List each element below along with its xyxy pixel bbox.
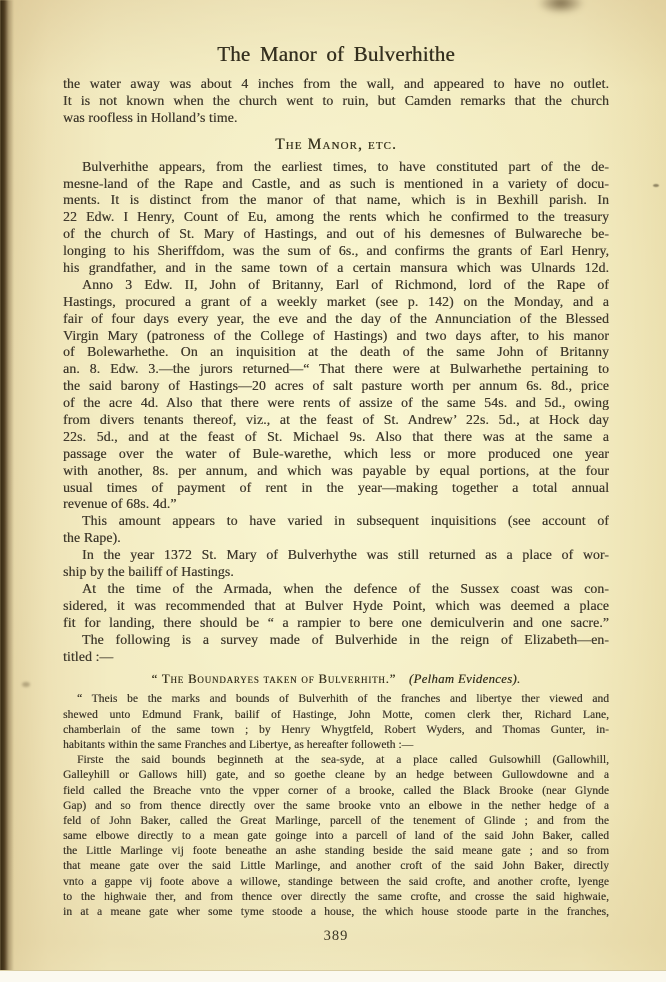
text-line: 22s. 5d., and at the feast of St. Michae…	[63, 429, 609, 446]
text-line: It is not known when the church went to …	[63, 93, 609, 110]
text-line: habitants within the same Franches and L…	[63, 738, 609, 753]
paragraph-intro: the water away was about 4 inches from t…	[63, 76, 609, 127]
text-line: with another, 8s. per annum, and which w…	[63, 463, 609, 480]
text-line: “ Theis be the marks and bounds of Bulve…	[63, 692, 609, 707]
boundary-heading-source: (Pelham Evidences).	[409, 672, 521, 686]
page-title: The Manor of Bulverhithe	[63, 41, 609, 67]
text-line: Gap) and so from thence directly over th…	[63, 799, 609, 814]
scan-edge-strip	[0, 970, 666, 982]
scanned-book-page: The Manor of Bulverhithe the water away …	[0, 0, 666, 982]
text-line: field called the Breache vnto the vpper …	[63, 784, 609, 799]
text-line: the Little Marlinge vij foote beneathe a…	[63, 844, 609, 859]
text-line: was roofless in Holland’s time.	[63, 110, 609, 127]
scan-mark-left	[22, 682, 30, 687]
text-line: Anno 3 Edw. II, John of Britanny, Earl o…	[63, 277, 609, 294]
text-line: ship by the bailiff of Hastings.	[63, 564, 609, 581]
boundary-heading-quote: “ The Boundaryes taken of Bulverhith.”	[152, 672, 397, 686]
text-line: shewed unto Edmund Frank, bailif of Hast…	[63, 708, 609, 723]
paragraph-1372: In the year 1372 St. Mary of Bulverhythe…	[63, 547, 609, 581]
page-number: 389	[63, 927, 609, 945]
text-line: vnto a gappe vij foote above a willowe, …	[63, 875, 609, 890]
text-line: the said barony of Hastings—20 acres of …	[63, 378, 609, 395]
text-line: of the church of St. Mary of Hastings, a…	[63, 226, 609, 243]
scan-smudge-top-right	[537, 0, 585, 14]
text-line: The following is a survey made of Bulver…	[63, 632, 609, 649]
text-line: of the acre 4d. Also that there were ren…	[63, 395, 609, 412]
text-line: In the year 1372 St. Mary of Bulverhythe…	[63, 547, 609, 564]
text-line: that meane gate over the said Little Mar…	[63, 859, 609, 874]
paragraph-boundary-description: Firste the said bounds beginneth at the …	[63, 753, 609, 920]
text-line: Virgin Mary (patroness of the College of…	[63, 328, 609, 345]
scan-mark-right	[653, 184, 659, 187]
text-line: same elbowe directly to a mean gate goin…	[63, 829, 609, 844]
text-line: passage over the water of Bule-warethe, …	[63, 446, 609, 463]
text-line: feld of John Baker, called the Great Mar…	[63, 814, 609, 829]
text-line: of Bolewarhethe. On an inquisition at th…	[63, 344, 609, 361]
section-heading: The Manor, etc.	[63, 136, 609, 154]
text-line: ments. It is distinct from the manor of …	[63, 192, 609, 209]
text-line: mesne-land of the Rape and Castle, and a…	[63, 176, 609, 193]
text-line: the water away was about 4 inches from t…	[63, 76, 609, 93]
text-line: revenue of 68s. 4d.”	[63, 496, 609, 513]
text-line: fair of four days every year, the eve an…	[63, 311, 609, 328]
book-gutter-shadow	[0, 0, 14, 982]
text-line: usual times of payment of rent in the ye…	[63, 480, 609, 497]
text-line: the Rape).	[63, 530, 609, 547]
text-line: 22 Edw. I Henry, Count of Eu, among the …	[63, 209, 609, 226]
text-line: Galleyhill or Gallows hill) gate, and so…	[63, 768, 609, 783]
text-line: sidered, it was recommended that at Bulv…	[63, 598, 609, 615]
text-line: Hastings, procured a grant of a weekly m…	[63, 294, 609, 311]
text-line: in at a meane gate wher some tyme stoode…	[63, 905, 609, 920]
text-line: fit for landing, there should be “ a ram…	[63, 615, 609, 632]
text-line: from divers tenants thereof, viz., at th…	[63, 412, 609, 429]
text-line: his grandfather, and in the same town of…	[63, 260, 609, 277]
text-column: The Manor of Bulverhithe the water away …	[63, 41, 609, 945]
paragraph-survey-intro: The following is a survey made of Bulver…	[63, 632, 609, 666]
text-line: titled :—	[63, 649, 609, 666]
text-line: longing to his Sheriffdom, was the sum o…	[63, 243, 609, 260]
text-line: to the highwaie ther, and from thence ov…	[63, 890, 609, 905]
text-line: chamberlain of the same town ; by Henry …	[63, 723, 609, 738]
text-line: At the time of the Armada, when the defe…	[63, 581, 609, 598]
boundary-heading: “ The Boundaryes taken of Bulverhith.” (…	[63, 671, 609, 687]
paragraph-amount: This amount appears to have varied in su…	[63, 513, 609, 547]
text-line: Firste the said bounds beginneth at the …	[63, 753, 609, 768]
text-line: Bulverhithe appears, from the earliest t…	[63, 159, 609, 176]
paragraph-anno: Anno 3 Edw. II, John of Britanny, Earl o…	[63, 277, 609, 513]
paragraph-demesne: Bulverhithe appears, from the earliest t…	[63, 159, 609, 277]
text-line: an. 8. Edw. 3.—the jurors returned—“ Tha…	[63, 361, 609, 378]
text-line: This amount appears to have varied in su…	[63, 513, 609, 530]
paragraph-boundary-preamble: “ Theis be the marks and bounds of Bulve…	[63, 692, 609, 753]
paragraph-armada: At the time of the Armada, when the defe…	[63, 581, 609, 632]
